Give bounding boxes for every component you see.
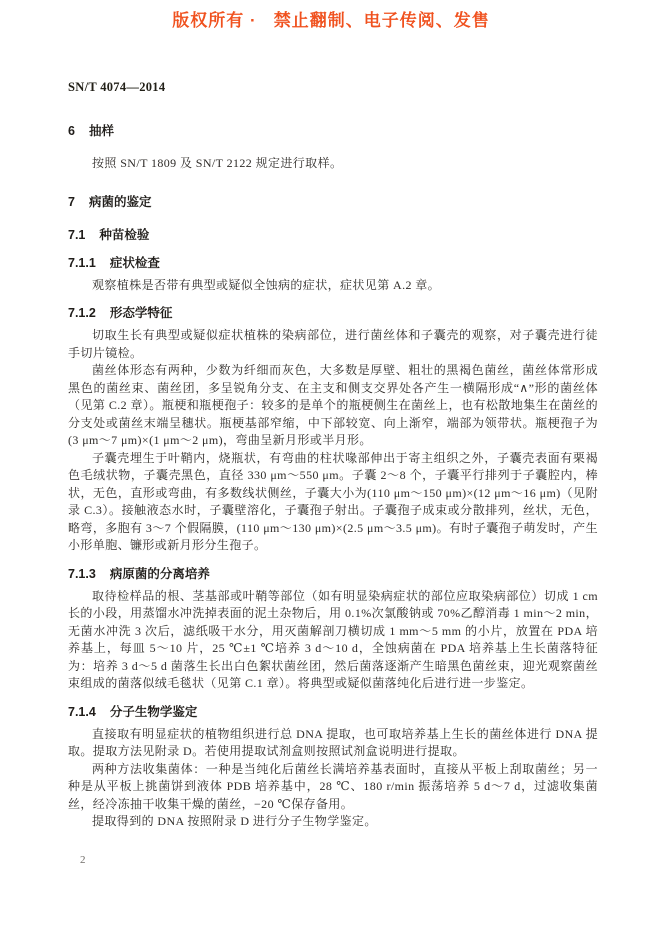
paragraph: 观察植株是否带有典型或疑似全蚀病的症状，症状见第 A.2 章。: [68, 277, 598, 295]
document-page: 版权所有 · 禁止翻制、电子传阅、发售 SN/T 4074—2014 6抽样按照…: [0, 0, 662, 936]
section-number: 6: [68, 124, 75, 138]
document-body: 6抽样按照 SN/T 1809 及 SN/T 2122 规定进行取样。7病菌的鉴…: [68, 122, 598, 831]
section-heading-7.1.4: 7.1.4分子生物学鉴定: [68, 703, 598, 721]
section-heading-7.1: 7.1种苗检验: [68, 226, 598, 244]
section-number: 7.1.3: [68, 567, 96, 581]
section-title: 形态学特征: [110, 306, 173, 320]
section-heading-7: 7病菌的鉴定: [68, 193, 598, 211]
paragraph: 菌丝体形态有两种，少数为纤细而灰色，大多数是厚壁、粗壮的黑褐色菌丝，菌丝体常形成…: [68, 362, 598, 450]
section-heading-6: 6抽样: [68, 122, 598, 140]
paragraph: 取待检样品的根、茎基部或叶鞘等部位（如有明显染病症状的部位应取染病部位）切成 1…: [68, 588, 598, 693]
paragraph: 切取生长有典型或疑似症状植株的染病部位，进行菌丝体和子囊壳的观察，对子囊壳进行徒…: [68, 327, 598, 362]
section-heading-7.1.2: 7.1.2形态学特征: [68, 304, 598, 322]
section-title: 症状检查: [110, 256, 160, 270]
copyright-banner: 版权所有 · 禁止翻制、电子传阅、发售: [0, 6, 662, 31]
section-title: 抽样: [89, 124, 114, 138]
section-number: 7.1.2: [68, 306, 96, 320]
section-heading-7.1.3: 7.1.3病原菌的分离培养: [68, 565, 598, 583]
paragraph: 两种方法收集菌体：一种是当纯化后菌丝长满培养基表面时，直接从平板上刮取菌丝；另一…: [68, 761, 598, 814]
section-number: 7.1.1: [68, 256, 96, 270]
section-number: 7.1.4: [68, 705, 96, 719]
section-title: 病菌的鉴定: [89, 195, 152, 209]
section-title: 病原菌的分离培养: [110, 567, 210, 581]
section-title: 种苗检验: [99, 228, 149, 242]
section-title: 分子生物学鉴定: [110, 705, 198, 719]
section-heading-7.1.1: 7.1.1症状检查: [68, 254, 598, 272]
section-number: 7: [68, 195, 75, 209]
paragraph: 提取得到的 DNA 按照附录 D 进行分子生物学鉴定。: [68, 813, 598, 831]
paragraph: 直接取有明显症状的植物组织进行总 DNA 提取，也可取培养基上生长的菌丝体进行 …: [68, 726, 598, 761]
doc-number: SN/T 4074—2014: [68, 80, 165, 95]
paragraph: 按照 SN/T 1809 及 SN/T 2122 规定进行取样。: [68, 155, 598, 173]
section-number: 7.1: [68, 228, 85, 242]
paragraph: 子囊壳埋生于叶鞘内，烧瓶状，有弯曲的柱状喙部伸出于寄主组织之外，子囊壳表面有栗褐…: [68, 450, 598, 555]
page-number: 2: [80, 854, 86, 866]
